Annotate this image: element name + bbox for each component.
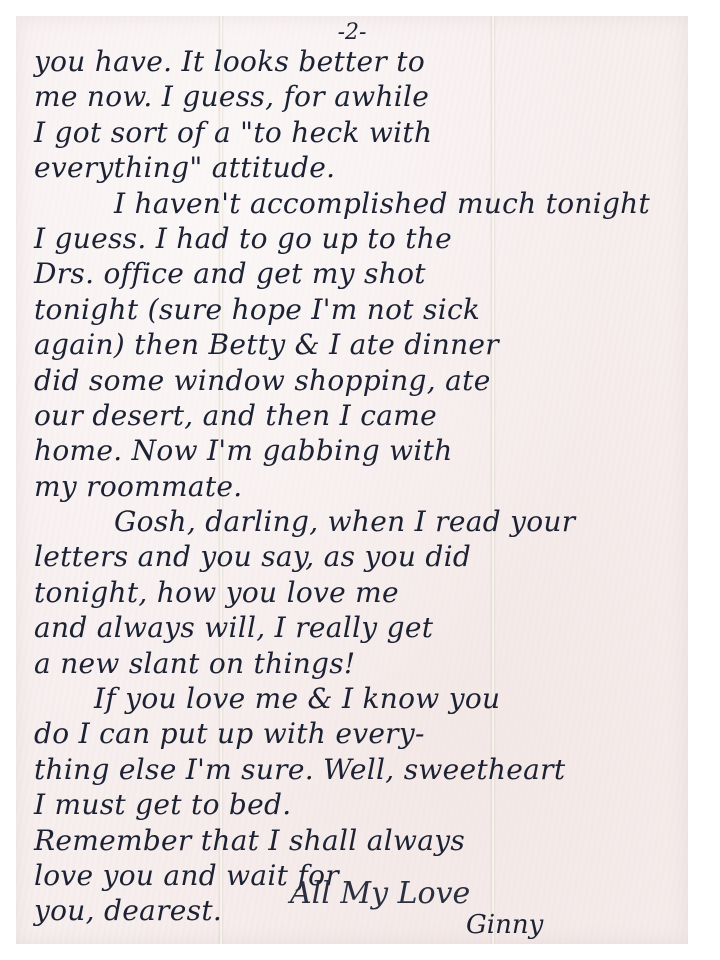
- letter-line: Remember that I shall always: [34, 823, 694, 858]
- letter-line: everything" attitude.: [34, 150, 694, 185]
- letter-line: our desert, and then I came: [34, 398, 694, 433]
- letter-line: and always will, I really get: [34, 610, 694, 645]
- letter-line: a new slant on things!: [34, 646, 694, 681]
- letter-line: I got sort of a "to heck with: [34, 115, 694, 150]
- page-number: -2-: [16, 20, 688, 45]
- letter-line: did some window shopping, ate: [34, 363, 694, 398]
- letter-line: do I can put up with every-: [34, 716, 694, 751]
- letter-body: you have. It looks better to me now. I g…: [34, 44, 694, 929]
- letter-line: tonight (sure hope I'm not sick: [34, 292, 694, 327]
- letter-line: tonight, how you love me: [34, 575, 694, 610]
- letter-line: Gosh, darling, when I read your: [34, 504, 694, 539]
- letter-line: thing else I'm sure. Well, sweetheart: [34, 752, 694, 787]
- letter-line: If you love me & I know you: [34, 681, 694, 716]
- letter-line: home. Now I'm gabbing with: [34, 433, 694, 468]
- letter-line: again) then Betty & I ate dinner: [34, 327, 694, 362]
- closing: All My Love: [290, 876, 470, 911]
- letter-line: me now. I guess, for awhile: [34, 79, 694, 114]
- letter-line: you have. It looks better to: [34, 44, 694, 79]
- signature: Ginny: [466, 910, 543, 940]
- letter-line: I must get to bed.: [34, 787, 694, 822]
- letter-page: -2- you have. It looks better to me now.…: [16, 16, 688, 944]
- letter-line: I guess. I had to go up to the: [34, 221, 694, 256]
- letter-line: letters and you say, as you did: [34, 539, 694, 574]
- letter-line: I haven't accomplished much tonight: [34, 186, 694, 221]
- letter-line: Drs. office and get my shot: [34, 256, 694, 291]
- letter-line: my roommate.: [34, 469, 694, 504]
